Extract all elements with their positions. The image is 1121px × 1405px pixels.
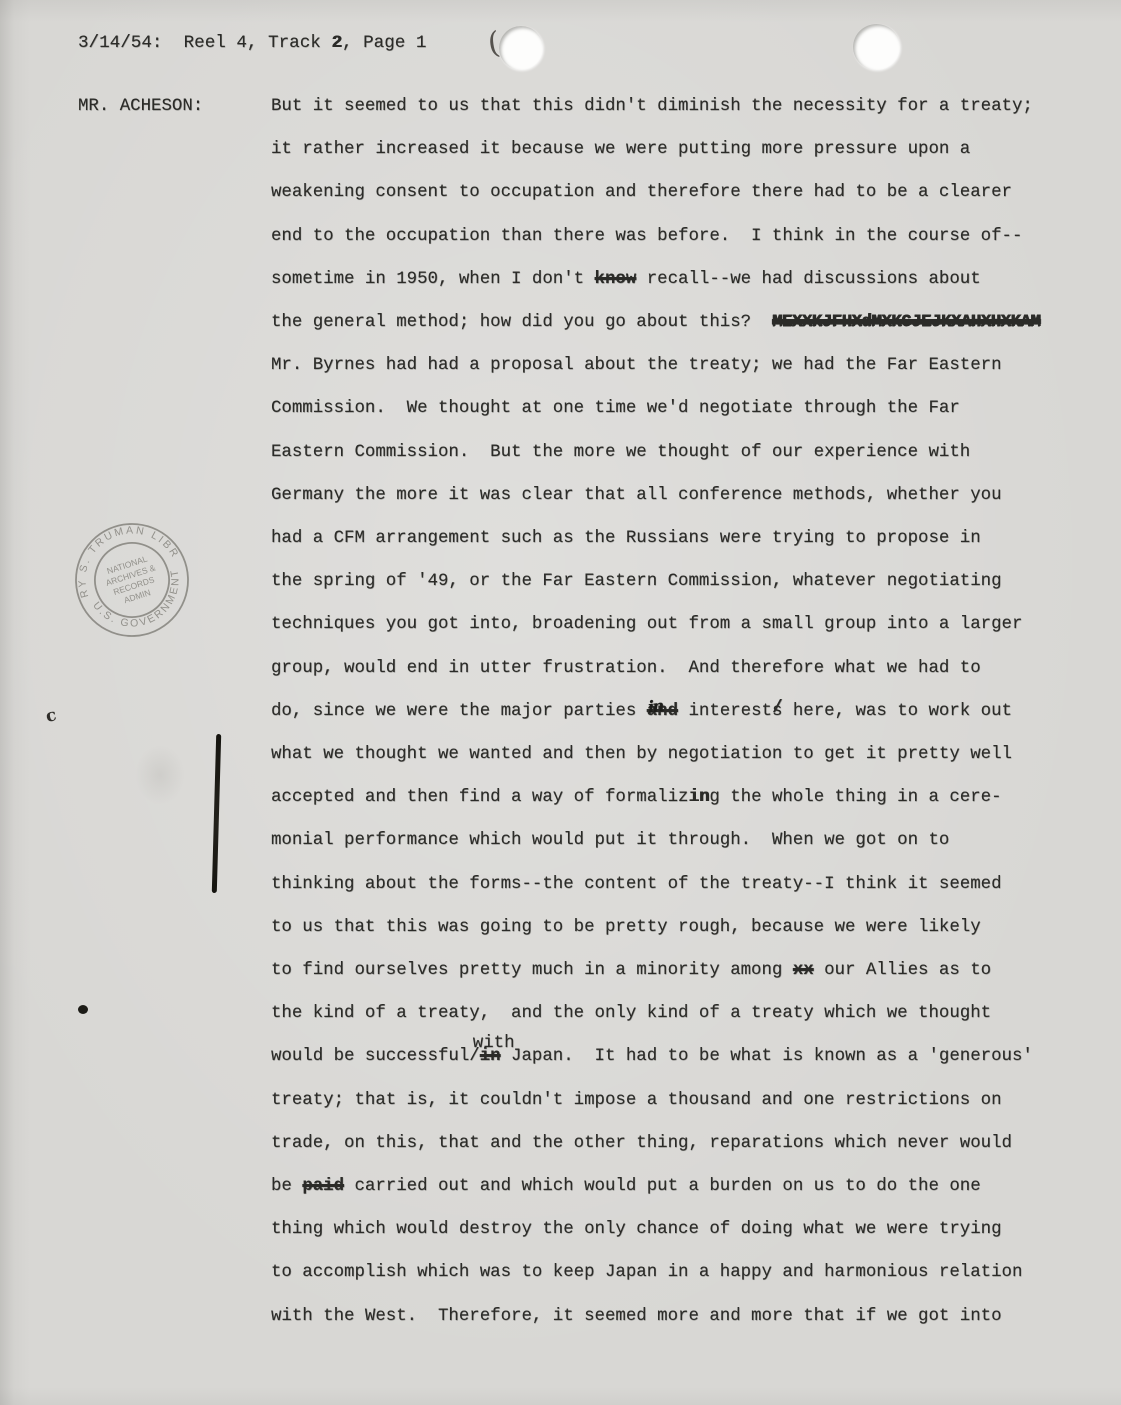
transcript-line: to accomplish which was to keep Japan in… [271, 1251, 1071, 1294]
punch-hole-left [499, 26, 543, 70]
transcript-body: But it seemed to us that this didn't dim… [271, 85, 1071, 1338]
speaker-label: MR. ACHESON: [78, 85, 203, 128]
transcript-line: weakening consent to occupation and ther… [271, 171, 1071, 214]
transcript-line: it rather increased it because we were p… [271, 128, 1071, 171]
transcript-line: what we thought we wanted and then by ne… [271, 733, 1071, 776]
transcript-line: sometime in 1950, when I don't know reca… [271, 258, 1071, 301]
transcript-line: But it seemed to us that this didn't dim… [271, 85, 1071, 128]
transcript-line: monial performance which would put it th… [271, 819, 1071, 862]
transcript-line: Eastern Commission. But the more we thou… [271, 431, 1071, 474]
punch-hole-right [853, 24, 900, 70]
transcript-line: end to the occupation than there was bef… [271, 215, 1071, 258]
transcript-line: to find ourselves pretty much in a minor… [271, 949, 1071, 992]
transcript-line: Germany the more it was clear that all c… [271, 474, 1071, 517]
svg-text:HARRY S. TRUMAN LIBRARY: HARRY S. TRUMAN LIBRARY [18, 471, 182, 616]
transcript-line: to us that this was going to be pretty r… [271, 906, 1071, 949]
transcript-line: the general method; how did you go about… [271, 301, 1071, 344]
transcript-line: be paid carried out and which would put … [271, 1165, 1071, 1208]
page-header: 3/14/54: Reel 4, Track 2, Page 1 [78, 22, 426, 65]
transcript-line: the spring of '49, or the Far Eastern Co… [271, 560, 1071, 603]
transcript-line: thing which would destroy the only chanc… [271, 1208, 1071, 1251]
transcript-line: trade, on this, that and the other thing… [271, 1122, 1071, 1165]
transcript-line: would be successful/within Japan. It had… [271, 1035, 1071, 1078]
transcript-line: techniques you got into, broadening out … [271, 603, 1071, 646]
paper-smudge [135, 745, 185, 805]
margin-pen-stroke [212, 734, 221, 893]
transcript-line: had a CFM arrangement such as the Russia… [271, 517, 1071, 560]
truman-library-stamp: HARRY S. TRUMAN LIBRARY U.S. GOVERNMENT … [18, 466, 245, 693]
document-page: ( 3/14/54: Reel 4, Track 2, Page 1 MR. A… [0, 0, 1121, 1405]
transcript-line: accepted and then find a way of formaliz… [271, 776, 1071, 819]
transcript-line: the kind of a treaty, and the only kind … [271, 992, 1071, 1035]
transcript-line: treaty; that is, it couldn't impose a th… [271, 1079, 1071, 1122]
transcript-line: group, would end in utter frustration. A… [271, 647, 1071, 690]
margin-c-mark: c [44, 705, 58, 727]
transcript-line: with the West. Therefore, it seemed more… [271, 1295, 1071, 1338]
margin-dot [78, 1005, 88, 1014]
stamp-top-arc-text: HARRY S. TRUMAN LIBRARY [18, 471, 182, 616]
transcript-line: Commission. We thought at one time we'd … [271, 387, 1071, 430]
transcript-line: thinking about the forms--the content of… [271, 863, 1071, 906]
transcript-line: Mr. Byrnes had had a proposal about the … [271, 344, 1071, 387]
transcript-line: do, since we were the major parties inan… [271, 690, 1071, 733]
